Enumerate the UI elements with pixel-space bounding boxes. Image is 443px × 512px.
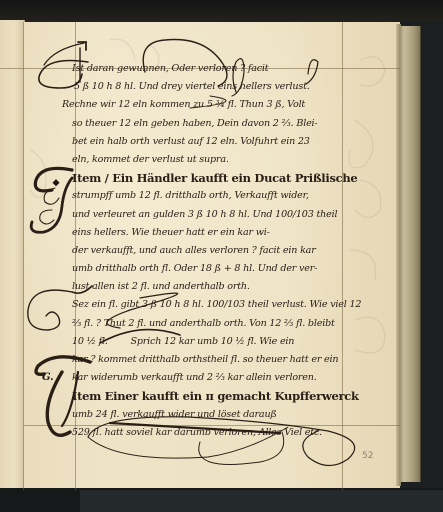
text-line: bet ein halb orth verlust auf 12 eln. Vo… [72, 133, 352, 151]
book-fore-edge [400, 26, 421, 482]
manuscript-text: Ist daran gewunnen, Oder verloren ? faci… [72, 60, 352, 442]
text-line: Rechne wir 12 eln kommen zu 5 ¾ fl. Thun… [62, 96, 352, 114]
text-line: Sez ein fl. gibt 3 ß 10 h 8 hl. 100/103 … [72, 296, 352, 314]
text-line: umb dritthalb orth fl. Oder 18 ß + 8 hl.… [72, 260, 352, 278]
text-line: eins hellers. Wie theuer hatt er ein kar… [72, 224, 352, 242]
text-line: so theuer 12 eln geben haben, Dein davon… [72, 115, 352, 133]
text-line: lust allen ist 2 fl. und anderthalb orth… [72, 278, 352, 296]
item-heading-line: Item Einer kaufft ein π gemacht Kupfferw… [72, 387, 352, 405]
item-heading-line: Item / Ein Händler kaufft ein Ducat Priß… [72, 169, 352, 187]
text-line: umb 24 fl. verkaufft wider und löset dar… [72, 406, 352, 424]
text-line: kar widerumb verkaufft und 2 ⅔ kar allei… [72, 369, 352, 387]
page-number: 52 [362, 451, 373, 461]
manuscript-scan: Ist daran gewunnen, Oder verloren ? faci… [0, 0, 443, 512]
text-line: 529 fl. hatt soviel kar darumb verloren,… [72, 424, 352, 442]
text-line: der verkaufft, und auch alles verloren ?… [72, 242, 352, 260]
facing-page-edge [0, 20, 25, 490]
text-line: Ist daran gewunnen, Oder verloren ? faci… [72, 60, 352, 78]
text-line: 5 ß 10 h 8 hl. Und drey viertel eins hel… [72, 78, 352, 96]
text-line: 10 ½ fl. Sprich 12 kar umb 10 ½ fl. Wie … [72, 333, 352, 351]
text-line: und verleuret an gulden 3 ß 10 h 8 hl. U… [72, 206, 352, 224]
text-line: strumpff umb 12 fl. dritthalb orth, Verk… [72, 187, 352, 205]
scanner-background-bottom-right [80, 490, 443, 512]
scanner-background-top [0, 0, 443, 22]
text-line: kar ? kommet dritthalb orthstheil fl. so… [72, 351, 352, 369]
text-line: ⅔ fl. ? Thut 2 fl. und anderthalb orth. … [72, 315, 352, 333]
margin-mark: G. [42, 372, 54, 383]
ruled-line-gutter [23, 22, 24, 490]
text-line: eln, kommet der verlust ut supra. [72, 151, 352, 169]
